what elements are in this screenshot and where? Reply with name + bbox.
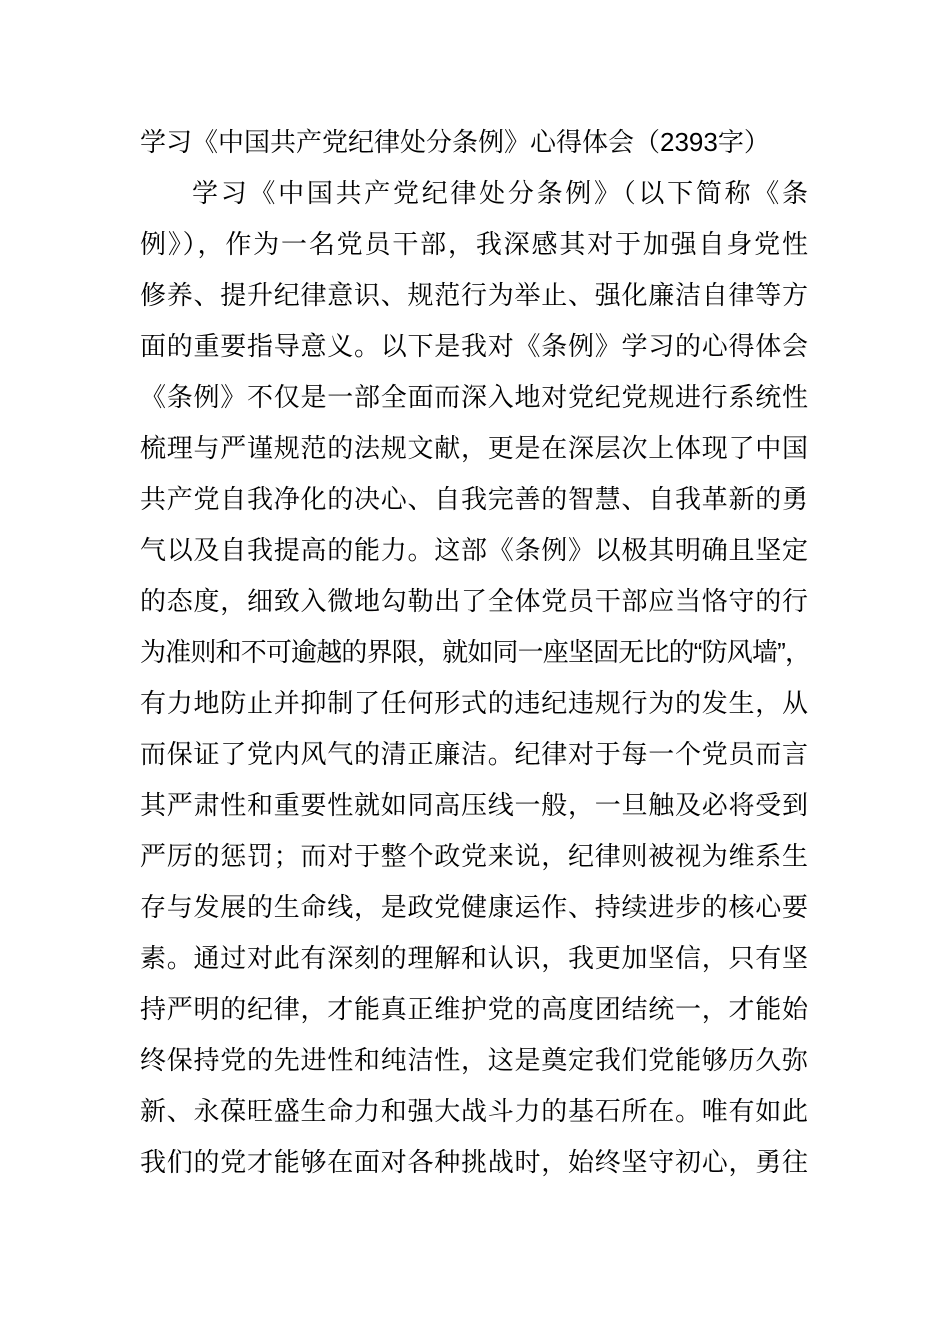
text-line: 持严明的纪律，才能真正维护党的高度团结统一，才能始 (140, 984, 808, 1035)
text-line: 素。通过对此有深刻的理解和认识，我更加坚信，只有坚 (140, 933, 808, 984)
text-line: 面的重要指导意义。以下是我对《条例》学习的心得体会 (140, 321, 808, 372)
text-line: 共产党自我净化的决心、自我完善的智慧、自我革新的勇 (140, 474, 808, 525)
text-line: 修养、提升纪律意识、规范行为举止、强化廉洁自律等方 (140, 270, 808, 321)
text-line: 气以及自我提高的能力。这部《条例》以极其明确且坚定 (140, 525, 808, 576)
document-text-block: 学习《中国共产党纪律处分条例》心得体会（2393字） 学习《中国共产党纪律处分条… (140, 117, 808, 1188)
text-line: 的态度，细致入微地勾勒出了全体党员干部应当恪守的行 (140, 576, 808, 627)
text-line: 梳理与严谨规范的法规文献，更是在深层次上体现了中国 (140, 423, 808, 474)
text-line: 有力地防止并抑制了任何形式的违纪违规行为的发生，从 (140, 678, 808, 729)
text-line: 我们的党才能够在面对各种挑战时，始终坚守初心，勇往 (140, 1137, 808, 1188)
text-line: 而保证了党内风气的清正廉洁。纪律对于每一个党员而言 (140, 729, 808, 780)
text-line: 其严肃性和重要性就如同高压线一般，一旦触及必将受到 (140, 780, 808, 831)
text-line: 终保持党的先进性和纯洁性，这是奠定我们党能够历久弥 (140, 1035, 808, 1086)
text-line: 新、永葆旺盛生命力和强大战斗力的基石所在。唯有如此 (140, 1086, 808, 1137)
text-line: 学习《中国共产党纪律处分条例》（以下简称《条 (140, 168, 808, 219)
text-line: 严厉的惩罚；而对于整个政党来说，纪律则被视为维系生 (140, 831, 808, 882)
document-page: 学习《中国共产党纪律处分条例》心得体会（2393字） 学习《中国共产党纪律处分条… (0, 0, 950, 1344)
doc-title: 学习《中国共产党纪律处分条例》心得体会（2393字） (140, 117, 808, 168)
text-line: 为准则和不可逾越的界限，就如同一座坚固无比的“防风墙”， (140, 627, 808, 678)
text-line: 存与发展的生命线，是政党健康运作、持续进步的核心要 (140, 882, 808, 933)
text-line: 例》），作为一名党员干部，我深感其对于加强自身党性 (140, 219, 808, 270)
text-line: 《条例》不仅是一部全面而深入地对党纪党规进行系统性 (140, 372, 808, 423)
